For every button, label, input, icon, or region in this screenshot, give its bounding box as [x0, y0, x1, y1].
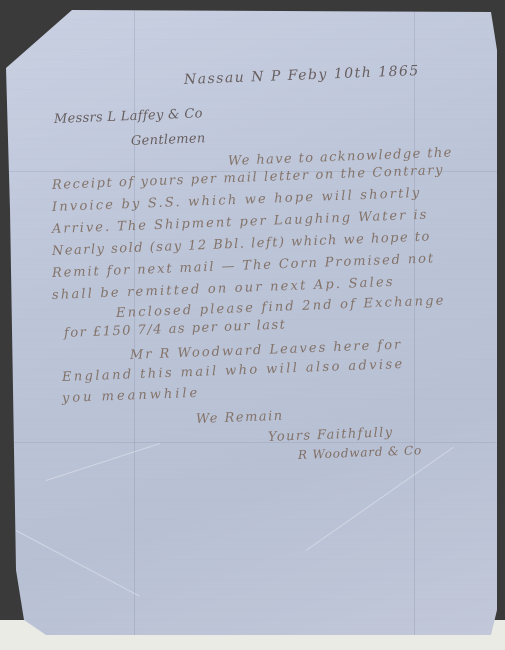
fold-line: [414, 10, 415, 640]
paper-crease: [46, 443, 160, 481]
fold-line: [6, 442, 497, 443]
paper-crease: [306, 447, 454, 551]
body-line: for £150 7/4 as per our last: [64, 317, 287, 341]
body-line: England this mail who will also advise: [62, 357, 405, 385]
paper-crease: [16, 530, 140, 597]
signature: R Woodward & Co: [298, 443, 423, 462]
greeting: Gentlemen: [131, 131, 206, 149]
dateline: Nassau N P Feby 10th 1865: [184, 63, 420, 88]
body-line: you meanwhile: [62, 386, 201, 406]
addressee: Messrs L Laffey & Co: [54, 106, 203, 127]
letter-page: Nassau N P Feby 10th 1865 Messrs L Laffe…: [6, 10, 497, 640]
closing-line: We Remain: [196, 409, 284, 427]
